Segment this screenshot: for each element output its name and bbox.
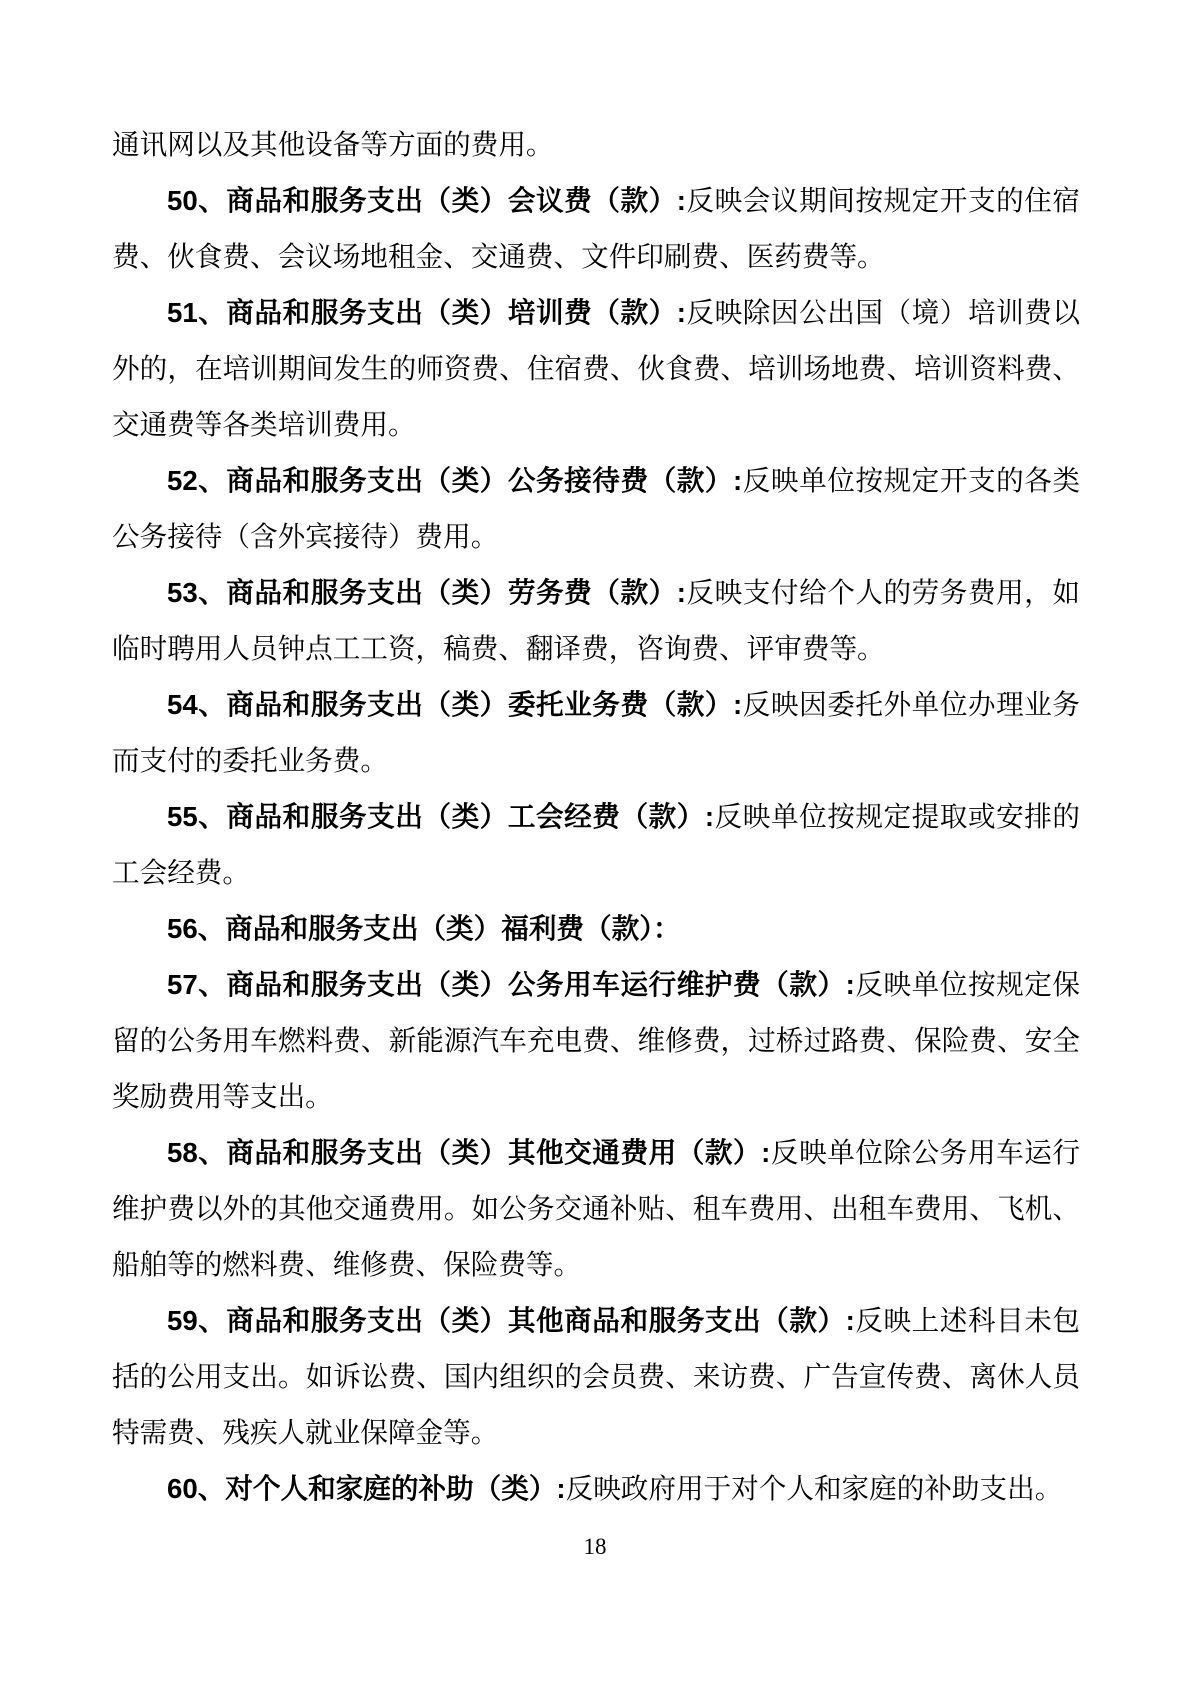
document-body: 通讯网以及其他设备等方面的费用。50、商品和服务支出（类）会议费（款）:反映会议…: [112, 117, 1080, 1517]
paragraph: 50、商品和服务支出（类）会议费（款）:反映会议期间按规定开支的住宿费、伙食费、…: [112, 173, 1080, 285]
item-heading: 57、商品和服务支出（类）公务用车运行维护费（款）:: [167, 969, 855, 1000]
item-heading: 50、商品和服务支出（类）会议费（款）:: [167, 185, 686, 216]
paragraph: 53、商品和服务支出（类）劳务费（款）:反映支付给个人的劳务费用，如临时聘用人员…: [112, 565, 1080, 677]
item-heading: 59、商品和服务支出（类）其他商品和服务支出（款）:: [167, 1305, 855, 1336]
item-description: 通讯网以及其他设备等方面的费用。: [112, 129, 554, 160]
item-heading: 55、商品和服务支出（类）工会经费（款）:: [167, 801, 714, 832]
paragraph: 59、商品和服务支出（类）其他商品和服务支出（款）:反映上述科目未包括的公用支出…: [112, 1293, 1080, 1461]
paragraph: 51、商品和服务支出（类）培训费（款）:反映除因公出国（境）培训费以外的，在培训…: [112, 285, 1080, 453]
item-heading: 60、对个人和家庭的补助（类）:: [167, 1473, 566, 1504]
item-heading: 52、商品和服务支出（类）公务接待费（款）:: [167, 465, 742, 496]
paragraph: 56、商品和服务支出（类）福利费（款）：: [112, 901, 1080, 957]
item-heading: 58、商品和服务支出（类）其他交通费用（款）:: [167, 1137, 770, 1168]
page-number: 18: [0, 1532, 1190, 1562]
paragraph: 54、商品和服务支出（类）委托业务费（款）:反映因委托外单位办理业务而支付的委托…: [112, 677, 1080, 789]
paragraph: 57、商品和服务支出（类）公务用车运行维护费（款）:反映单位按规定保留的公务用车…: [112, 957, 1080, 1125]
paragraph: 通讯网以及其他设备等方面的费用。: [112, 117, 1080, 173]
item-heading: 54、商品和服务支出（类）委托业务费（款）:: [167, 689, 742, 720]
item-description: 反映政府用于对个人和家庭的补助支出。: [566, 1473, 1063, 1504]
paragraph: 55、商品和服务支出（类）工会经费（款）:反映单位按规定提取或安排的工会经费。: [112, 789, 1080, 901]
paragraph: 58、商品和服务支出（类）其他交通费用（款）:反映单位除公务用车运行维护费以外的…: [112, 1125, 1080, 1293]
paragraph: 52、商品和服务支出（类）公务接待费（款）:反映单位按规定开支的各类公务接待（含…: [112, 453, 1080, 565]
item-heading: 53、商品和服务支出（类）劳务费（款）:: [167, 577, 686, 608]
document-page: 通讯网以及其他设备等方面的费用。50、商品和服务支出（类）会议费（款）:反映会议…: [0, 0, 1190, 1683]
item-heading: 56、商品和服务支出（类）福利费（款）：: [167, 913, 681, 944]
item-heading: 51、商品和服务支出（类）培训费（款）:: [167, 297, 686, 328]
paragraph: 60、对个人和家庭的补助（类）:反映政府用于对个人和家庭的补助支出。: [112, 1461, 1080, 1517]
